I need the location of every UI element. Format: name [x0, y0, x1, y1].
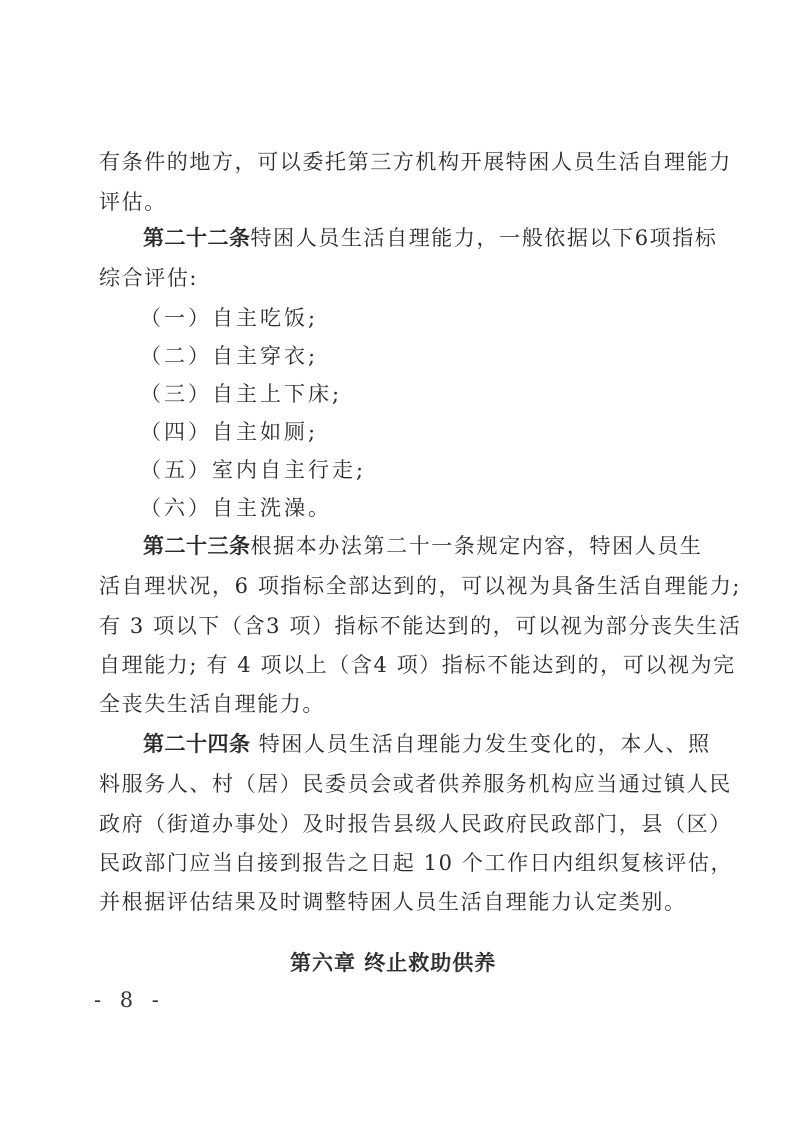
- paragraph-line: 民政部门应当自接到报告之日起 10 个工作日内组织复核评估，: [99, 843, 699, 883]
- chapter-heading: 第六章 终止救助供养: [290, 943, 496, 983]
- list-item: （三）自主上下床;: [140, 374, 740, 414]
- paragraph-line: 评估。: [99, 182, 699, 222]
- article-title: 第二十四条: [143, 732, 251, 756]
- paragraph-line: 并根据评估结果及时调整特困人员生活自理能力认定类别。: [99, 882, 699, 922]
- paragraph-line: 料服务人、村（居）民委员会或者供养服务机构应当通过镇人民: [99, 764, 699, 804]
- page-number: - 8 -: [94, 984, 165, 1016]
- article-title: 第二十三条: [143, 534, 251, 558]
- list-item: （五）室内自主行走;: [140, 450, 740, 490]
- list-item: （六）自主洗澡。: [140, 488, 740, 528]
- article-text: 特困人员生活自理能力发生变化的，本人、照: [251, 732, 711, 756]
- paragraph-line: 自理能力; 有 4 项以上（含4 项）指标不能达到的，可以视为完: [99, 645, 699, 685]
- article-23: 第二十三条根据本办法第二十一条规定内容，特困人员生: [143, 526, 743, 566]
- article-text: 特困人员生活自理能力，一般依据以下6项指标: [251, 226, 718, 250]
- paragraph-line: 政府（街道办事处）及时报告县级人民政府民政部门，县（区）: [99, 804, 699, 844]
- paragraph-line: 活自理状况，6 项指标全部达到的，可以视为具备生活自理能力;: [99, 566, 699, 606]
- list-item: （二）自主穿衣;: [140, 336, 740, 376]
- list-item: （四）自主如厕;: [140, 412, 740, 452]
- article-22: 第二十二条特困人员生活自理能力，一般依据以下6项指标: [143, 218, 743, 258]
- article-title: 第二十二条: [143, 226, 251, 250]
- article-24: 第二十四条 特困人员生活自理能力发生变化的，本人、照: [143, 724, 743, 764]
- document-page: 有条件的地方，可以委托第三方机构开展特困人员生活自理能力 评估。 第二十二条特困…: [0, 0, 793, 1122]
- paragraph-line: 综合评估:: [99, 258, 699, 298]
- article-text: 根据本办法第二十一条规定内容，特困人员生: [251, 534, 703, 558]
- paragraph-line: 全丧失生活自理能力。: [99, 684, 699, 724]
- paragraph-line: 有 3 项以下（含3 项）指标不能达到的，可以视为部分丧失生活: [99, 606, 699, 646]
- list-item: （一）自主吃饭;: [140, 298, 740, 338]
- paragraph-line: 有条件的地方，可以委托第三方机构开展特困人员生活自理能力: [99, 142, 699, 182]
